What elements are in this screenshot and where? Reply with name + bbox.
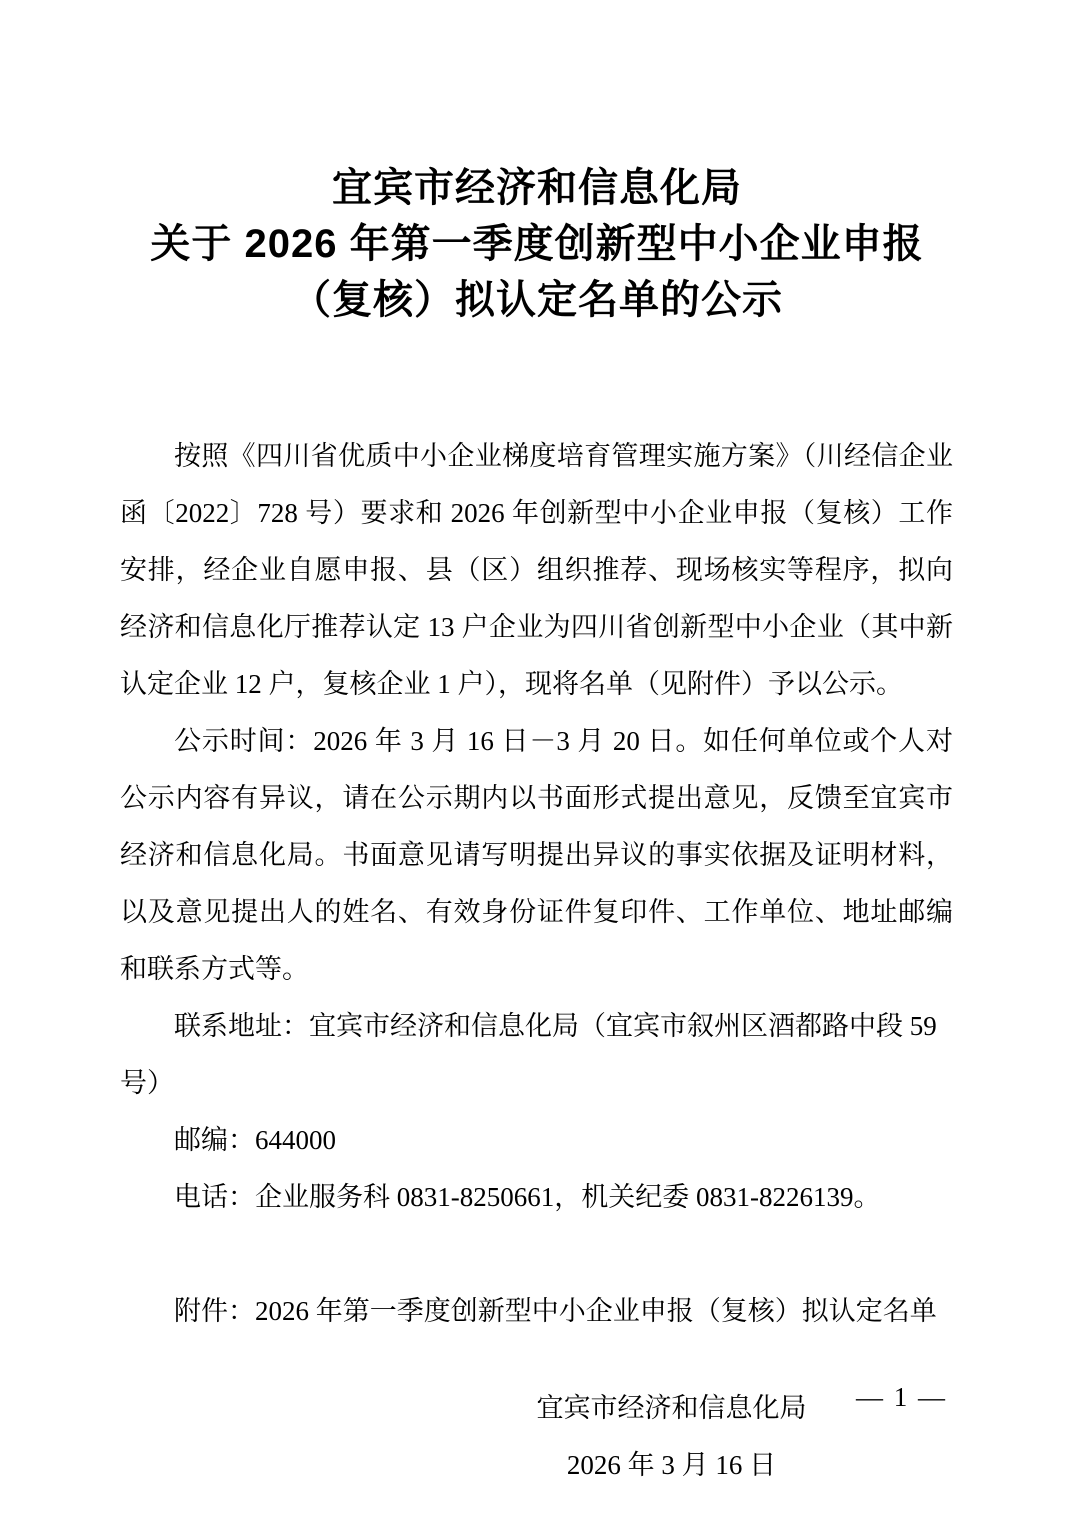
signature-date: 2026 年 3 月 16 日	[390, 1437, 953, 1494]
page-number: — 1 —	[856, 1381, 947, 1413]
document-title: 宜宾市经济和信息化局 关于 2026 年第一季度创新型中小企业申报 （复核）拟认…	[0, 0, 1074, 328]
attachment-reference-line: 附件：2026 年第一季度创新型中小企业申报（复核）拟认定名单	[120, 1283, 953, 1340]
paragraph-publicity-period: 公示时间：2026 年 3 月 16 日－3 月 20 日。如任何单位或个人对公…	[120, 713, 953, 998]
contact-postcode-line: 邮编：644000	[120, 1112, 953, 1169]
title-line-2: 关于 2026 年第一季度创新型中小企业申报	[0, 216, 1074, 272]
contact-address-line: 联系地址：宜宾市经济和信息化局（宜宾市叙州区酒都路中段 59 号）	[120, 998, 953, 1112]
paragraph-basis: 按照《四川省优质中小企业梯度培育管理实施方案》（川经信企业函〔2022〕728 …	[120, 428, 953, 713]
signature-block: 宜宾市经济和信息化局 2026 年 3 月 16 日	[120, 1380, 953, 1494]
contact-phone-line: 电话：企业服务科 0831-8250661，机关纪委 0831-8226139。	[120, 1169, 953, 1226]
document-page: 宜宾市经济和信息化局 关于 2026 年第一季度创新型中小企业申报 （复核）拟认…	[0, 0, 1074, 1520]
document-body: 按照《四川省优质中小企业梯度培育管理实施方案》（川经信企业函〔2022〕728 …	[120, 428, 953, 1494]
title-line-3: （复核）拟认定名单的公示	[0, 272, 1074, 328]
title-line-1: 宜宾市经济和信息化局	[0, 160, 1074, 216]
